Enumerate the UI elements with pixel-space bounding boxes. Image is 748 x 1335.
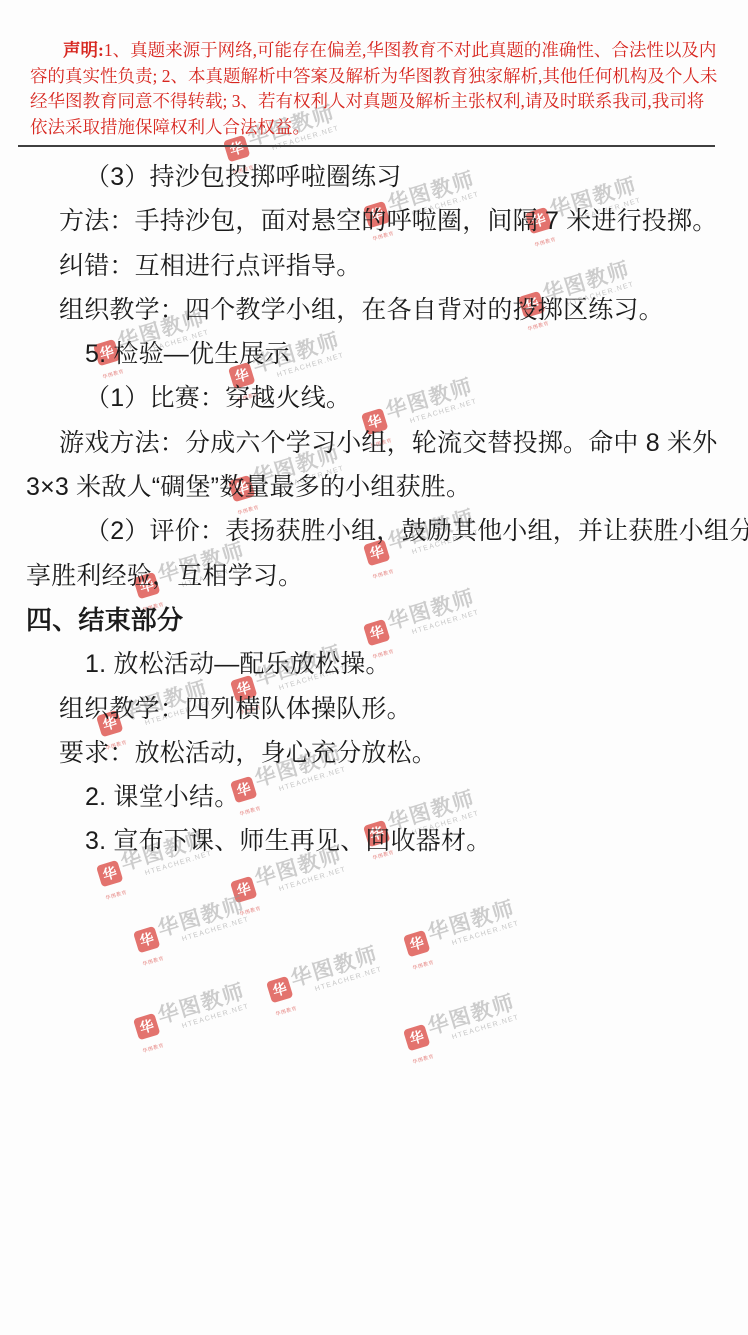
section-heading: 四、结束部分 bbox=[26, 598, 738, 642]
huatu-logo-icon: 华华图教育 bbox=[96, 860, 123, 887]
huatu-logo-caption: 华图教育 bbox=[273, 998, 300, 1025]
body-line: 组织教学：四列横队体操队形。 bbox=[26, 687, 738, 731]
huatu-logo-icon: 华华图教育 bbox=[403, 1024, 430, 1051]
huatu-logo-icon: 华华图教育 bbox=[230, 876, 257, 903]
body-line: 5. 检验—优生展示 bbox=[26, 332, 738, 376]
huatu-logo-caption: 华图教育 bbox=[410, 1046, 437, 1073]
huatu-watermark-cn: 华图教师 bbox=[154, 888, 249, 943]
huatu-watermark-cn: 华图教师 bbox=[287, 938, 382, 993]
body-line: （2）评价：表扬获胜小组，鼓励其他小组，并让获胜小组分 bbox=[26, 509, 738, 553]
disclaimer-line: 声明:1、真题来源于网络,可能存在偏差,华图教育不对此真题的准确性、合法性以及内 bbox=[30, 38, 720, 64]
disclaimer-line: 经华图教育同意不得转载; 3、若有权利人对真题及解析主张权利,请及时联系我司,我… bbox=[30, 89, 720, 115]
body-line: 纠错：互相进行点评指导。 bbox=[26, 244, 738, 288]
huatu-watermark-en: HTEACHER.NET bbox=[432, 920, 520, 953]
body-line: 1. 放松活动—配乐放松操。 bbox=[26, 642, 738, 686]
huatu-watermark: 华华图教育华图教师HTEACHER.NET bbox=[130, 888, 251, 956]
body-line: 方法：手持沙包，面对悬空的呼啦圈，间隔 7 米进行投掷。 bbox=[26, 199, 738, 243]
body-line: 要求：放松活动，身心充分放松。 bbox=[26, 731, 738, 775]
disclaimer-line: 依法采取措施保障权利人合法权益。 bbox=[30, 115, 720, 141]
document-page: 华华图教育华图教师HTEACHER.NET华华图教育华图教师HTEACHER.N… bbox=[0, 0, 748, 1335]
disclaimer-line: 容的真实性负责; 2、本真题解析中答案及解析为华图教育独家解析,其他任何机构及个… bbox=[30, 64, 720, 90]
body-line: （1）比赛：穿越火线。 bbox=[26, 376, 738, 420]
huatu-logo-icon: 华华图教育 bbox=[133, 1013, 160, 1040]
body-line: 游戏方法：分成六个学习小组，轮流交替投掷。命中 8 米外 bbox=[26, 421, 738, 465]
huatu-watermark: 华华图教育华图教师HTEACHER.NET bbox=[400, 892, 521, 960]
body-line: （3）持沙包投掷呼啦圈练习 bbox=[26, 155, 738, 199]
lesson-plan-text: （3）持沙包投掷呼啦圈练习 方法：手持沙包，面对悬空的呼啦圈，间隔 7 米进行投… bbox=[26, 155, 738, 864]
body-line: 3×3 米敌人“碉堡”数量最多的小组获胜。 bbox=[26, 465, 738, 509]
huatu-logo-caption: 华图教育 bbox=[140, 1035, 167, 1062]
divider-line bbox=[18, 145, 715, 147]
huatu-watermark: 华华图教育华图教师HTEACHER.NET bbox=[263, 938, 384, 1006]
huatu-watermark: 华华图教育华图教师HTEACHER.NET bbox=[130, 975, 251, 1043]
huatu-watermark-cn: 华图教师 bbox=[154, 975, 249, 1030]
huatu-logo-icon: 华华图教育 bbox=[403, 930, 430, 957]
huatu-watermark-cn: 华图教师 bbox=[424, 986, 519, 1041]
huatu-watermark-en: HTEACHER.NET bbox=[259, 866, 347, 899]
huatu-logo-icon: 华华图教育 bbox=[133, 926, 160, 953]
body-line: 3. 宣布下课、师生再见、回收器材。 bbox=[26, 819, 738, 863]
body-line: 组织教学：四个教学小组，在各自背对的投掷区练习。 bbox=[26, 288, 738, 332]
disclaimer-label: 声明: bbox=[63, 40, 104, 60]
huatu-watermark-en: HTEACHER.NET bbox=[162, 916, 250, 949]
huatu-watermark-cn: 华图教师 bbox=[424, 892, 519, 947]
disclaimer-text: 1、真题来源于网络,可能存在偏差,华图教育不对此真题的准确性、合法性以及内 bbox=[104, 40, 717, 60]
huatu-logo-caption: 华图教育 bbox=[140, 948, 167, 975]
huatu-logo-icon: 华华图教育 bbox=[266, 976, 293, 1003]
body-line: 享胜利经验，互相学习。 bbox=[26, 554, 738, 598]
huatu-watermark-en: HTEACHER.NET bbox=[162, 1003, 250, 1036]
huatu-watermark-en: HTEACHER.NET bbox=[432, 1014, 520, 1047]
body-line: 2. 课堂小结。 bbox=[26, 775, 738, 819]
disclaimer: 声明:1、真题来源于网络,可能存在偏差,华图教育不对此真题的准确性、合法性以及内… bbox=[30, 38, 720, 141]
huatu-logo-caption: 华图教育 bbox=[410, 952, 437, 979]
huatu-logo-caption: 华图教育 bbox=[237, 898, 264, 925]
huatu-watermark: 华华图教育华图教师HTEACHER.NET bbox=[400, 986, 521, 1054]
huatu-logo-caption: 华图教育 bbox=[103, 882, 130, 909]
huatu-watermark-en: HTEACHER.NET bbox=[295, 966, 383, 999]
